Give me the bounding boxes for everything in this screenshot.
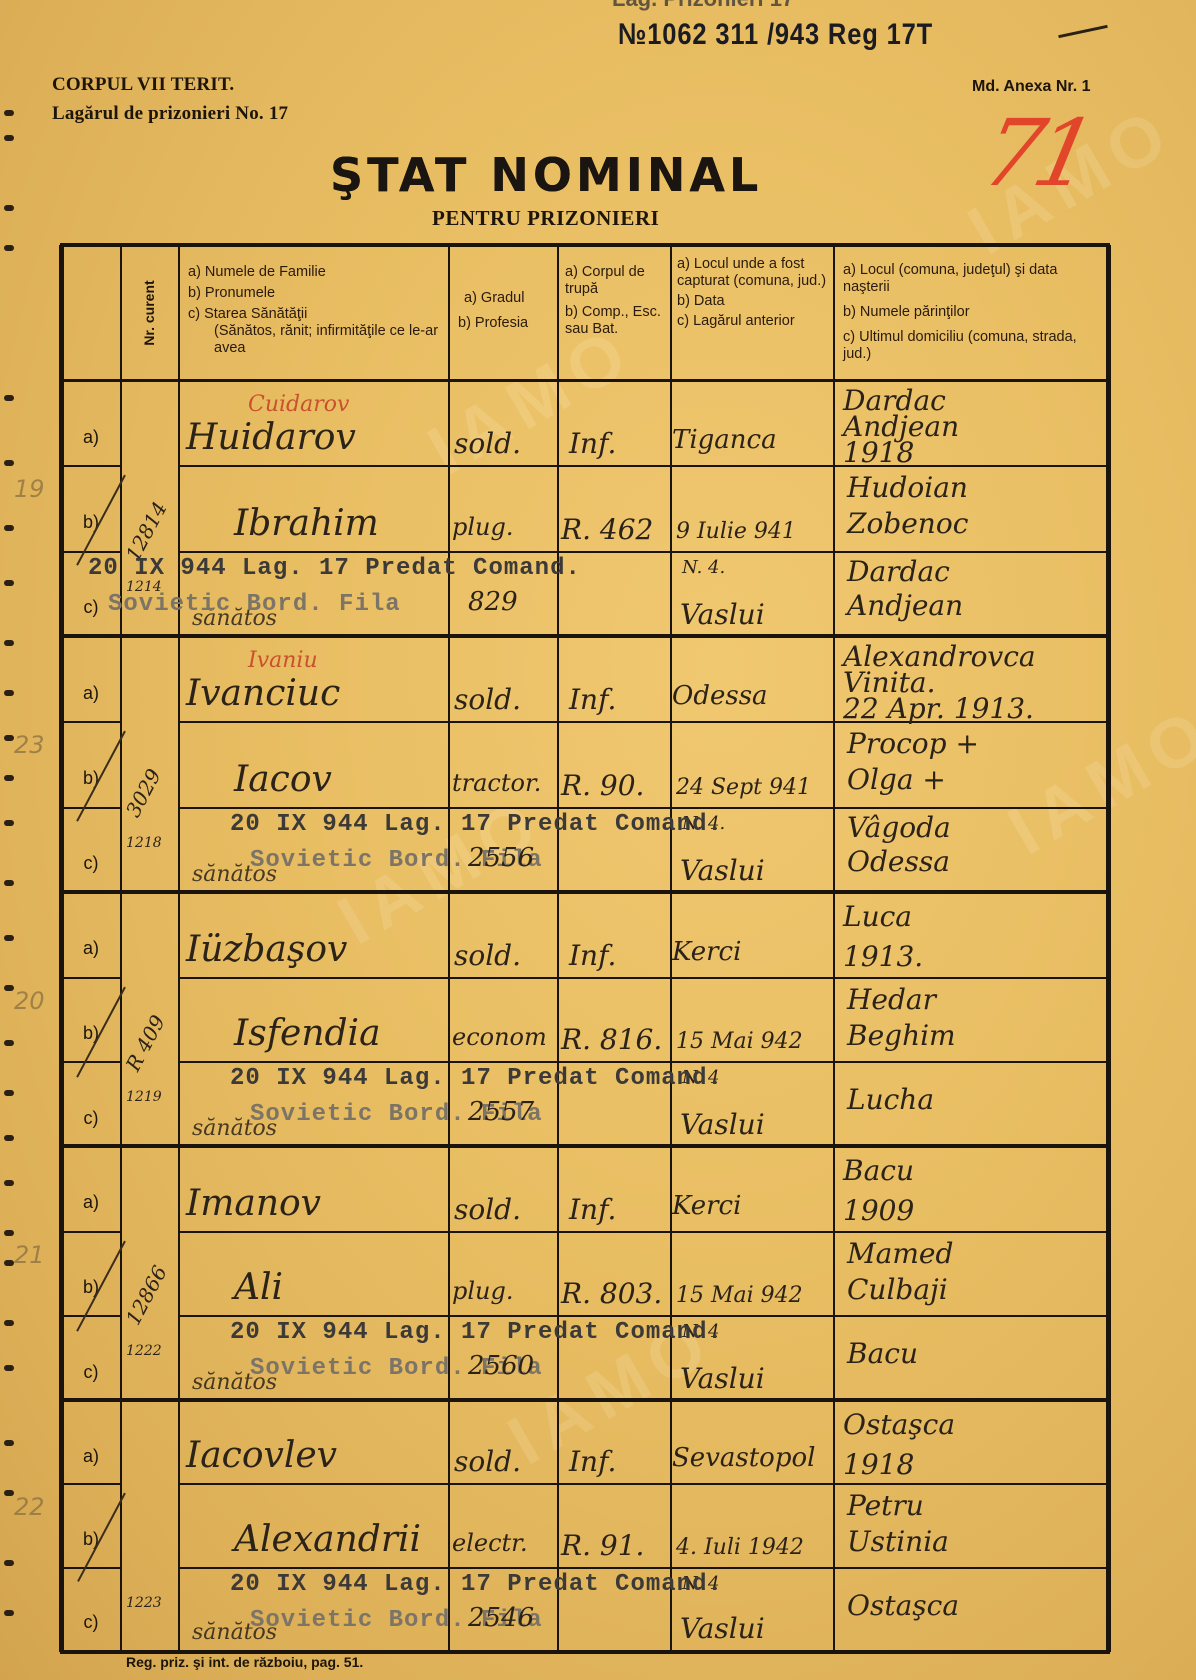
- parent-name: Hedar: [847, 983, 936, 1016]
- profession: plug.: [452, 513, 514, 541]
- punch-hole: [4, 1440, 14, 1446]
- subrow-divider: [178, 1483, 1106, 1485]
- capture-place: Kerci: [672, 937, 741, 967]
- parent-name: Ustinia: [847, 1525, 949, 1558]
- margin-pencil-number: 21: [14, 1241, 45, 1269]
- punch-hole: [4, 1135, 14, 1141]
- row-label-c: c): [62, 1362, 120, 1383]
- column-divider: [448, 245, 450, 1650]
- subrow-divider: [62, 807, 120, 809]
- row-label-a: a): [62, 683, 120, 704]
- record-divider: [62, 1398, 1106, 1402]
- row-label-a: a): [62, 1192, 120, 1213]
- birth-info: Luca: [843, 900, 912, 933]
- last-domicile: Lucha: [847, 1083, 934, 1116]
- previous-camp-place: Vaslui: [680, 598, 765, 631]
- punch-hole: [4, 1320, 14, 1326]
- row-label-c: c): [62, 853, 120, 874]
- parent-name: Mamed: [847, 1237, 953, 1270]
- capture-place: Odessa: [672, 681, 768, 711]
- company: R. 91.: [561, 1529, 644, 1562]
- capture-place: Kerci: [672, 1191, 741, 1221]
- record-divider: [62, 1144, 1106, 1148]
- fila-number: 2557: [468, 1097, 534, 1127]
- subrow-divider: [178, 1567, 1106, 1569]
- subrow-divider: [62, 465, 120, 467]
- column-header-nr: Nr. curent: [120, 245, 178, 380]
- row-label-a: a): [62, 427, 120, 448]
- register-number: 3029: [121, 765, 166, 821]
- row-label-b: b): [62, 512, 120, 533]
- company: R. 816.: [561, 1023, 662, 1056]
- last-domicile: Bacu: [847, 1337, 918, 1370]
- form-reference: Reg. priz. şi int. de războiu, pag. 51.: [126, 1654, 363, 1670]
- current-number: 1218: [126, 835, 162, 851]
- capture-date: 9 Iulie 941: [676, 519, 796, 544]
- page-subtitle: PENTRU PRIZONIERI: [432, 206, 659, 231]
- punch-hole: [4, 395, 14, 401]
- surname: Iüzbaşov: [186, 929, 347, 970]
- current-number: 1219: [126, 1089, 162, 1105]
- surname: Ivanciuc: [186, 673, 340, 714]
- corps: Inf.: [569, 1445, 616, 1478]
- rank: sold.: [454, 1193, 521, 1226]
- record-divider: [62, 634, 1106, 638]
- punch-hole: [4, 640, 14, 646]
- surname: Imanov: [186, 1183, 321, 1224]
- register-stamp: №1062 311 /943 Reg 17T: [618, 18, 933, 52]
- punch-hole: [4, 1365, 14, 1371]
- row-label-b: b): [62, 1529, 120, 1550]
- punch-hole: [4, 820, 14, 826]
- fila-number: 2560: [468, 1351, 534, 1381]
- birth-info: Ostaşca: [843, 1408, 955, 1441]
- birth-info: Bacu: [843, 1154, 914, 1187]
- subrow-divider: [62, 1231, 120, 1233]
- previous-camp-place: Vaslui: [680, 1108, 765, 1141]
- subrow-divider: [62, 551, 120, 553]
- parent-name: Beghim: [847, 1019, 956, 1052]
- punch-hole: [4, 735, 14, 741]
- punch-hole: [4, 985, 14, 991]
- previous-camp-number: N. 4.: [682, 557, 725, 578]
- punch-hole: [4, 775, 14, 781]
- birth-info: 22 Apr. 1913.: [843, 692, 1034, 725]
- rank: sold.: [454, 1445, 521, 1478]
- last-domicile: Odessa: [847, 845, 950, 878]
- company: R. 90.: [561, 769, 644, 802]
- column-header-rank: a) Gradul b) Profesia: [458, 290, 554, 332]
- table-right-border: [1106, 245, 1111, 1652]
- punch-hole: [4, 1490, 14, 1496]
- fila-number: 2546: [468, 1603, 534, 1633]
- birth-info: 1913.: [843, 940, 923, 973]
- birth-info: 1909: [843, 1194, 914, 1227]
- subrow-divider: [178, 1061, 1106, 1063]
- profession: electr.: [452, 1529, 528, 1557]
- row-label-a: a): [62, 938, 120, 959]
- last-domicile: Andjean: [847, 589, 963, 622]
- fila-number: 2556: [468, 843, 534, 873]
- column-divider: [178, 245, 180, 1650]
- rank: sold.: [454, 427, 521, 460]
- column-header-unit: a) Corpul de trupă b) Comp., Esc. sau Ba…: [565, 264, 665, 338]
- transfer-stamp-line1: 20 IX 944 Lag. 17 Predat Comand.: [230, 1571, 723, 1598]
- transfer-stamp-line1: 20 IX 944 Lag. 17 Predat Comand.: [230, 1065, 723, 1092]
- column-divider: [833, 245, 835, 1650]
- subrow-divider: [62, 1567, 120, 1569]
- rank: sold.: [454, 683, 521, 716]
- parent-name: Culbaji: [847, 1273, 948, 1306]
- corps: Inf.: [569, 427, 616, 460]
- margin-pencil-number: 23: [14, 731, 45, 759]
- profession: tractor.: [452, 769, 541, 797]
- punch-hole: [4, 110, 14, 116]
- previous-camp-place: Vaslui: [680, 1362, 765, 1395]
- corps: Inf.: [569, 1193, 616, 1226]
- capture-date: 24 Sept 941: [676, 775, 811, 800]
- company: R. 462: [561, 513, 653, 546]
- row-label-b: b): [62, 1023, 120, 1044]
- column-divider: [120, 245, 122, 1650]
- transfer-stamp-line1: 20 IX 944 Lag. 17 Predat Comand.: [230, 811, 723, 838]
- surname: Iacovlev: [186, 1435, 337, 1476]
- birth-info: 1918: [843, 436, 914, 469]
- first-name: Ali: [234, 1267, 283, 1308]
- punch-hole: [4, 1260, 14, 1266]
- subrow-divider: [62, 721, 120, 723]
- margin-pencil-number: 22: [14, 1493, 45, 1521]
- transfer-stamp-line1: 20 IX 944 Lag. 17 Predat Comand.: [88, 555, 581, 582]
- punch-hole: [4, 935, 14, 941]
- column-header-name: a) Numele de Familie b) Pronumele c) Sta…: [188, 264, 446, 357]
- punch-hole: [4, 205, 14, 211]
- document-issuer: CORPUL VII TERIT. Lagărul de prizonieri …: [52, 70, 288, 128]
- row-label-c: c): [62, 1108, 120, 1129]
- last-domicile: Dardac: [847, 555, 950, 588]
- parent-name: Hudoian: [847, 471, 968, 504]
- corps: Inf.: [569, 683, 616, 716]
- subrow-divider: [62, 977, 120, 979]
- subrow-divider: [178, 977, 1106, 979]
- row-label-b: b): [62, 1277, 120, 1298]
- first-name: Iacov: [234, 759, 332, 800]
- parent-name: Petru: [847, 1489, 924, 1522]
- last-domicile: Vâgoda: [847, 811, 951, 844]
- subrow-divider: [178, 465, 1106, 467]
- subrow-divider: [62, 1315, 120, 1317]
- capture-date: 15 Mai 942: [676, 1029, 803, 1054]
- fila-number: 829: [468, 587, 518, 617]
- column-header-birth: a) Locul (comuna, judeţul) şi data naşte…: [843, 262, 1101, 363]
- first-name: Alexandrii: [234, 1519, 421, 1560]
- punch-hole: [4, 690, 14, 696]
- header-divider: [62, 379, 1106, 382]
- punch-hole: [4, 880, 14, 886]
- annex-label: Md. Anexa Nr. 1: [972, 78, 1091, 96]
- parent-name: Zobenoc: [847, 507, 968, 540]
- subrow-divider: [178, 551, 1106, 553]
- subrow-divider: [178, 1315, 1106, 1317]
- punch-hole: [4, 245, 14, 251]
- transfer-stamp-line1: 20 IX 944 Lag. 17 Predat Comand.: [230, 1319, 723, 1346]
- surname: Huidarov: [186, 417, 356, 458]
- name-correction: Ivaniu: [248, 648, 318, 673]
- first-name: Isfendia: [234, 1013, 381, 1054]
- company: R. 803.: [561, 1277, 662, 1310]
- capture-place: Tiganca: [672, 425, 777, 455]
- register-stamp-top: Lag. Prizonieri 17: [612, 0, 794, 12]
- subrow-divider: [62, 1061, 120, 1063]
- punch-hole: [4, 135, 14, 141]
- punch-hole: [4, 580, 14, 586]
- punch-hole: [4, 1230, 14, 1236]
- name-correction: Cuidarov: [248, 392, 349, 417]
- punch-hole: [4, 1090, 14, 1096]
- pen-stroke: [1058, 25, 1108, 38]
- margin-pencil-number: 19: [14, 475, 45, 503]
- capture-place: Sevastopol: [672, 1443, 815, 1473]
- subrow-divider: [178, 807, 1106, 809]
- camp-label: Lagărul de prizonieri No. 17: [52, 99, 288, 128]
- record-divider: [62, 890, 1106, 894]
- register-number: R 409: [121, 1011, 170, 1075]
- punch-hole: [4, 460, 14, 466]
- current-number: 1222: [126, 1343, 162, 1359]
- current-number: 1223: [126, 1595, 162, 1611]
- table-top-border: [60, 243, 1110, 247]
- corps: Inf.: [569, 939, 616, 972]
- birth-info: 1918: [843, 1448, 914, 1481]
- rank: sold.: [454, 939, 521, 972]
- first-name: Ibrahim: [234, 503, 379, 544]
- previous-camp-place: Vaslui: [680, 854, 765, 887]
- row-label-a: a): [62, 1446, 120, 1467]
- subrow-divider: [62, 1483, 120, 1485]
- row-label-c: c): [62, 1612, 120, 1633]
- capture-date: 4. Iuli 1942: [676, 1535, 804, 1560]
- page-title: ŞTAT NOMINAL: [330, 148, 850, 202]
- parent-name: Olga +: [847, 763, 946, 796]
- capture-date: 15 Mai 942: [676, 1283, 803, 1308]
- margin-pencil-number: 20: [14, 987, 45, 1015]
- punch-hole: [4, 1610, 14, 1616]
- punch-hole: [4, 1180, 14, 1186]
- parent-name: Procop +: [847, 727, 979, 760]
- register-number: 12866: [121, 1262, 172, 1329]
- profession: econom: [452, 1023, 547, 1051]
- profession: plug.: [452, 1277, 514, 1305]
- last-domicile: Ostaşca: [847, 1589, 959, 1622]
- row-label-b: b): [62, 768, 120, 789]
- punch-hole: [4, 1560, 14, 1566]
- subrow-divider: [178, 1231, 1106, 1233]
- column-divider: [557, 245, 559, 1650]
- transfer-stamp-line2: Sovietic Bord. Fila: [108, 591, 401, 618]
- previous-camp-place: Vaslui: [680, 1612, 765, 1645]
- punch-hole: [4, 525, 14, 531]
- column-header-capture: a) Locul unde a fost capturat (comuna, j…: [677, 256, 827, 330]
- corps-label: CORPUL VII TERIT.: [52, 70, 288, 99]
- punch-hole: [4, 1040, 14, 1046]
